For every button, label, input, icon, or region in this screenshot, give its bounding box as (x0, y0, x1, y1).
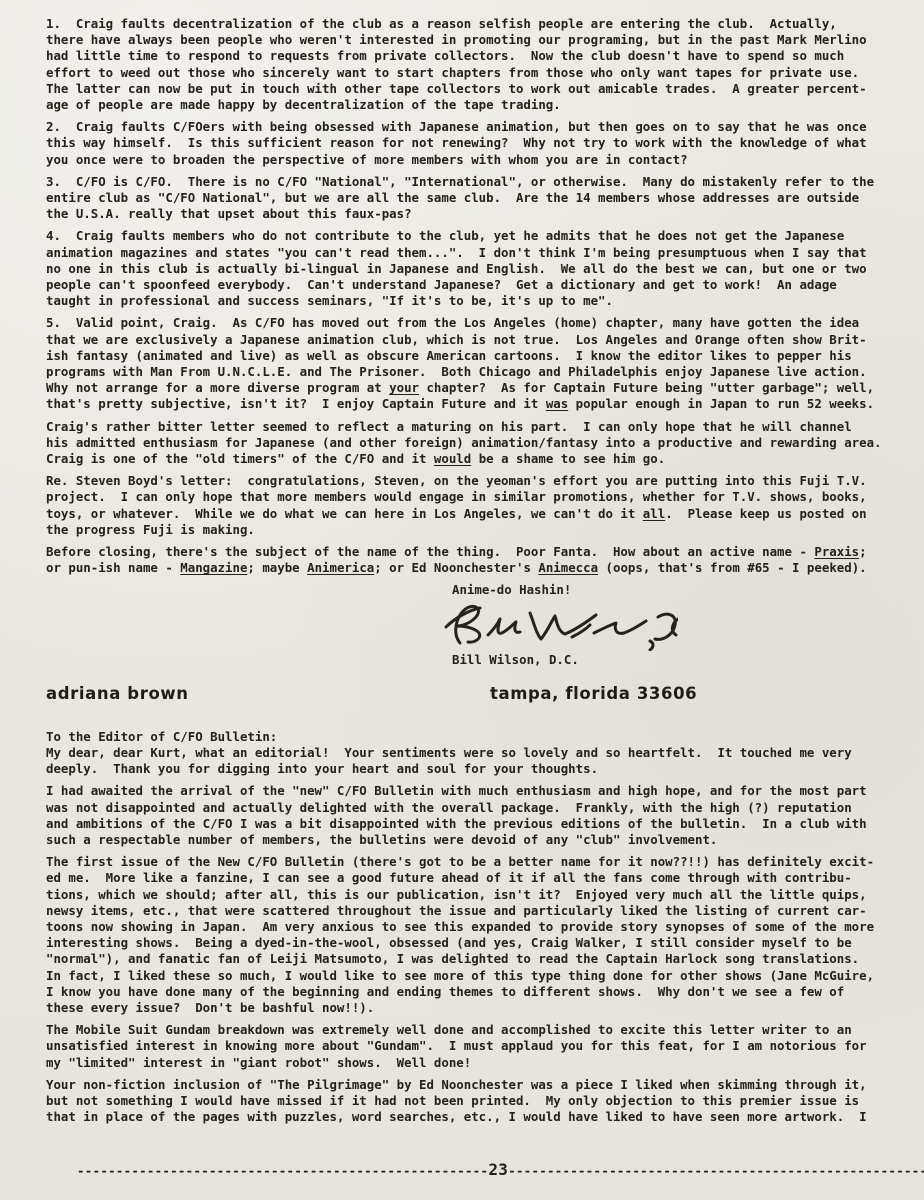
letter2-paragraph-3: The first issue of the New C/FO Bulletin… (46, 854, 888, 1016)
underlined-word: would (434, 451, 471, 466)
underlined-word: Mangazine (180, 560, 247, 575)
paragraph-text: 3. C/FO is C/FO. There is no C/FO "Natio… (46, 174, 874, 221)
letter2-paragraph-4: The Mobile Suit Gundam breakdown was ext… (46, 1022, 888, 1071)
underlined-word: Animecca (538, 560, 598, 575)
paragraph-text: (oops, that's from #65 - I peeked). (598, 560, 867, 575)
footer-dashes-right: ----------------------------------------… (508, 1163, 924, 1178)
underlined-word: Animerica (307, 560, 374, 575)
letter1-paragraph-3: 3. C/FO is C/FO. There is no C/FO "Natio… (46, 174, 888, 223)
paragraph-text: Your non-fiction inclusion of "The Pilgr… (46, 1077, 867, 1124)
writer-location: tampa, florida 33606 (490, 686, 697, 702)
letter1-paragraph-7: Re. Steven Boyd's letter: congratulation… (46, 473, 888, 538)
paragraph-text: 4. Craig faults members who do not contr… (46, 228, 867, 308)
letter2-paragraph-5: Your non-fiction inclusion of "The Pilgr… (46, 1077, 888, 1126)
signer-name: Bill Wilson, D.C. (452, 652, 678, 668)
paragraph-text: ; or Ed Noonchester's (374, 560, 538, 575)
underlined-word: your (389, 380, 419, 395)
handwritten-signature-icon (442, 601, 678, 651)
underlined-word: all (643, 506, 665, 521)
paragraph-text: The Mobile Suit Gundam breakdown was ext… (46, 1022, 867, 1069)
scanned-letter-page: 1. Craig faults decentralization of the … (0, 0, 924, 1200)
letter1-paragraph-6: Craig's rather bitter letter seemed to r… (46, 419, 888, 468)
paragraph-text: 1. Craig faults decentralization of the … (46, 16, 867, 112)
paragraph-text: I had awaited the arrival of the "new" C… (46, 783, 867, 847)
paragraph-text: ; maybe (247, 560, 307, 575)
letter2-paragraph-1: My dear, dear Kurt, what an editorial! Y… (46, 745, 888, 777)
paragraph-text: My dear, dear Kurt, what an editorial! Y… (46, 745, 852, 776)
letter1-paragraph-1: 1. Craig faults decentralization of the … (46, 16, 888, 113)
paragraph-text: Before closing, there's the subject of t… (46, 544, 814, 559)
paragraph-text: The first issue of the New C/FO Bulletin… (46, 854, 874, 1015)
page-footer: ----------------------------------------… (46, 1146, 924, 1196)
underlined-word: Praxis (814, 544, 859, 559)
letter1-paragraph-4: 4. Craig faults members who do not contr… (46, 228, 888, 309)
letter1-closing: Anime-do Hashin! Bill Wilson, D.C. (452, 582, 678, 668)
page-number: 23 (488, 1160, 508, 1179)
closing-tagline: Anime-do Hashin! (452, 582, 678, 598)
letter1-paragraph-2: 2. Craig faults C/FOers with being obses… (46, 119, 888, 168)
letter-adriana-brown: My dear, dear Kurt, what an editorial! Y… (46, 745, 888, 1131)
letter1-paragraph-5: 5. Valid point, Craig. As C/FO has moved… (46, 315, 888, 412)
letter1-paragraph-8: Before closing, there's the subject of t… (46, 544, 888, 576)
paragraph-text: 2. Craig faults C/FOers with being obses… (46, 119, 867, 166)
writer-name: adriana brown (46, 686, 189, 702)
letter2-salutation: To the Editor of C/FO Bulletin: (46, 729, 277, 745)
paragraph-text: be a shame to see him go. (471, 451, 665, 466)
letter2-paragraph-2: I had awaited the arrival of the "new" C… (46, 783, 888, 848)
underlined-word: was (546, 396, 568, 411)
letter-bill-wilson: 1. Craig faults decentralization of the … (46, 16, 888, 583)
letter2-header: adriana brown tampa, florida 33606 (46, 686, 886, 710)
footer-dashes-left: ----------------------------------------… (77, 1163, 488, 1178)
paragraph-text: popular enough in Japan to run 52 weeks. (568, 396, 874, 411)
